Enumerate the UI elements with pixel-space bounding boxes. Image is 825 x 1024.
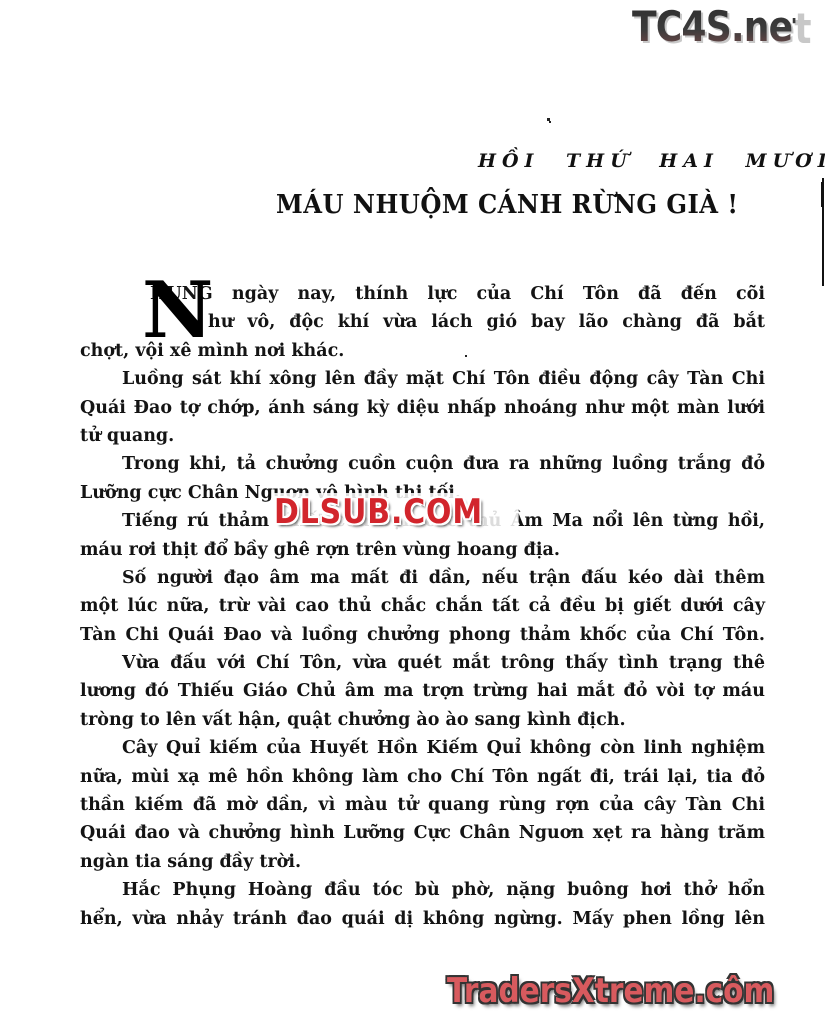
text-line: Quái Đao tợ chớp, ánh sáng kỳ diệu nhấp … — [80, 394, 765, 422]
text-line: Vừa đấu với Chí Tôn, vừa quét mắt trông … — [80, 649, 765, 677]
text-line: máu rơi thịt đổ bầy ghê rợn trên vùng ho… — [80, 536, 765, 564]
text-line: Tàn Chi Quái Đao và luồng chưởng phong t… — [80, 621, 765, 649]
scan-speck — [549, 121, 551, 123]
text-line: ngàn tia sáng đầy trời. — [80, 848, 765, 876]
text-line: Trong khi, tả chưởng cuồn cuộn đưa ra nh… — [80, 450, 765, 478]
text-line: Luồng sát khí xông lên đầy mặt Chí Tôn đ… — [80, 365, 765, 393]
drop-cap: N — [142, 272, 213, 350]
text-line: Cây Quỉ kiếm của Huyết Hồn Kiếm Quỉ khôn… — [80, 734, 765, 762]
text-line: hển, vừa nhảy tránh đao quái dị không ng… — [80, 905, 765, 933]
page-edge-rule-thick — [821, 182, 824, 207]
watermark-dlsub: DLSUB.COM — [274, 493, 519, 531]
text-line: Hắc Phụng Hoàng đầu tóc bù phờ, nặng buô… — [80, 876, 765, 904]
text-line: nữa, mùi xạ mê hồn không làm cho Chí Tôn… — [80, 763, 765, 791]
text-line: lương đó Thiếu Giáo Chủ âm ma trợn trừng… — [80, 677, 765, 705]
watermark-tradersxtreme: TradersXtreme.côm — [447, 966, 769, 1016]
text-line: một lúc nữa, trừ vài cao thủ chắc chắn t… — [80, 592, 765, 620]
text-line: thần kiếm đã mờ dần, vì màu tử quang rùn… — [80, 791, 765, 819]
watermark-tc4s: TC4S.net — [632, 2, 795, 52]
text-line: tử quang. — [80, 422, 765, 450]
chapter-title: MÁU NHUỘM CÁNH RỪNG GIÀ ! — [276, 190, 741, 220]
text-line: Quái đao và chưởng hình Lưỡng Cực Chân N… — [80, 819, 765, 847]
text-line: tròng to lên vất hận, quật chưởng ào ào … — [80, 706, 765, 734]
chapter-body: N HUNG ngày nay, thính lực của Chí Tôn đ… — [80, 280, 765, 933]
chapter-number: HỒI THỨ HAI MƯƠI — [478, 150, 758, 172]
text-line: Số người đạo âm ma mất đi dần, nếu trận … — [80, 564, 765, 592]
